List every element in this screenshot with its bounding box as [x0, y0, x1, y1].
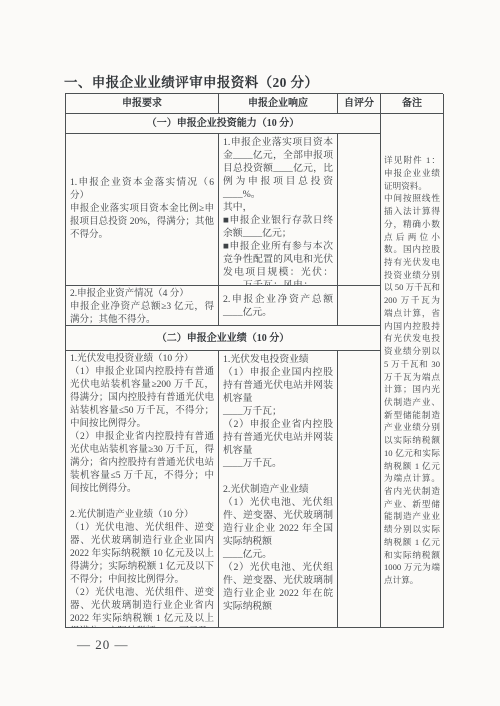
remark-cell: 详见附件 1：申报企业业绩证明资料。 中间按照线性插入法计算得分，精确小数点后两… [381, 114, 444, 628]
page-title: 一、申报企业业绩评审申报资料（20 分） [64, 71, 318, 91]
row-2-requirement: 2.申报企业资产情况（4 分） 申报企业净资产总额≥3 亿元，得满分；其他不得分… [66, 286, 219, 326]
evaluation-table: 申报要求 申报企业响应 自评分 备注 详见附件 1：申报企业业绩证明资料。 中间… [65, 93, 443, 628]
column-header-response: 申报企业响应 [219, 94, 338, 114]
row-1-requirement: 1.申报企业资本金落实情况（6 分） 申报企业落实项目资本金比例≥申报项目总投资… [66, 134, 219, 286]
document-page: 一、申报企业业绩评审申报资料（20 分） 申报要求 申报企业响应 自评分 备注 … [0, 0, 500, 706]
row-1-self-score [338, 134, 381, 286]
page-number: — 20 — [77, 637, 129, 653]
section-2-title: （二）申报企业业绩（10 分） [66, 326, 381, 351]
row-3-self-score [338, 351, 381, 628]
column-header-self-score: 自评分 [338, 94, 381, 114]
column-header-requirement: 申报要求 [66, 94, 219, 114]
row-2-self-score [338, 286, 381, 326]
column-header-remark: 备注 [381, 94, 444, 114]
row-3-requirement: 1.光伏发电投资业绩（10 分） （1）申报企业国内控股持有普通光伏电站装机容量… [66, 351, 219, 628]
section-1-title: （一）申报企业投资能力（10 分） [66, 114, 381, 134]
row-2-response: 2.申报企业净资产总额____亿元。 [219, 286, 338, 326]
row-3-response: 1.光伏发电投资业绩 （1）申报企业国内控股持有普通光伏电站并网装机容量 ___… [219, 351, 338, 628]
row-1-response: 1.申报企业落实项目资本金____亿元，全部申报项目总投资额____亿元，比例为… [219, 134, 338, 286]
